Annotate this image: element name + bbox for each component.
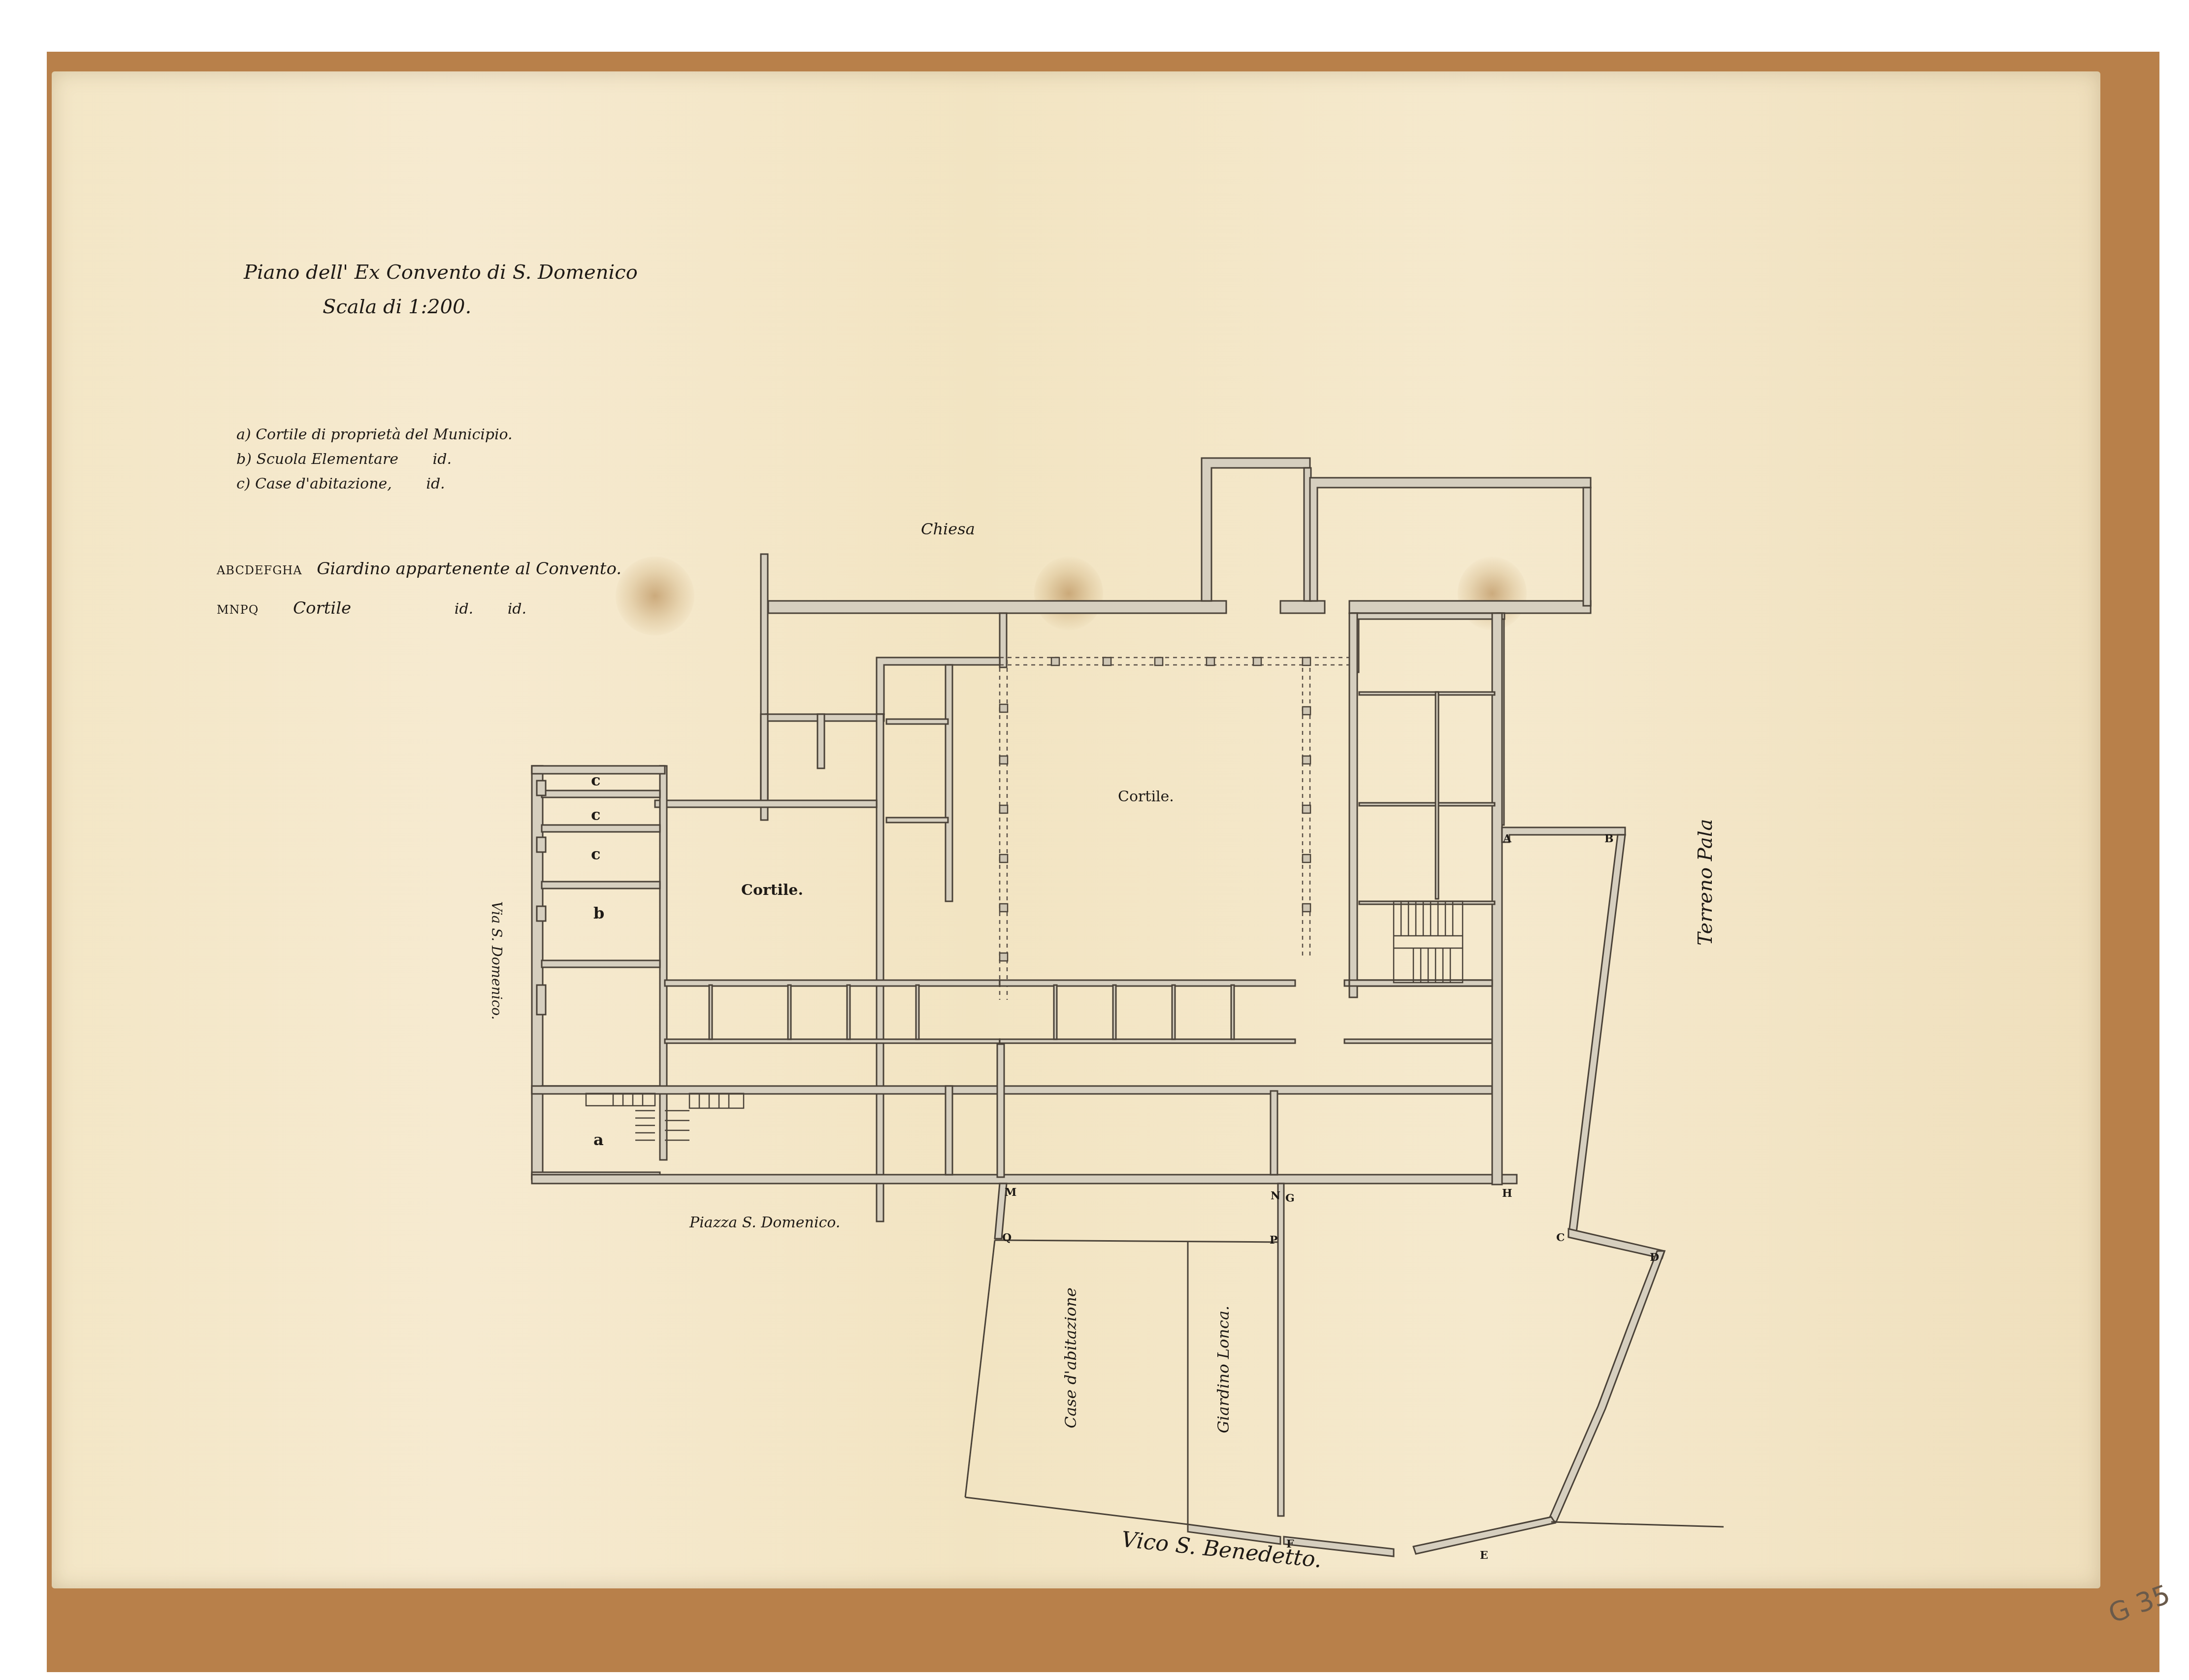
legend-garden: ABCDEFGHA Giardino appartenente al Conve… — [217, 559, 621, 579]
point-E: E — [1480, 1549, 1488, 1562]
legend-item-a: a) Cortile di proprietà del Municipio. — [236, 426, 513, 443]
label-houses-south: Case d'abitazione — [1061, 1287, 1080, 1428]
room-c-3: c — [591, 845, 600, 863]
room-b: b — [593, 904, 604, 922]
legend-suffix: id. — [426, 475, 445, 493]
point-Q: Q — [1002, 1231, 1012, 1244]
point-D: D — [1650, 1251, 1659, 1264]
plan-title: Piano dell' Ex Convento di S. Domenico — [244, 261, 638, 284]
legend-key: b) — [236, 451, 252, 468]
staircase-east — [1394, 901, 1463, 983]
legend-points-key: ABCDEFGHA — [217, 563, 302, 577]
columns — [1000, 658, 1310, 961]
legend-points-key: MNPQ — [217, 603, 259, 617]
legend-item-c: c) Case d'abitazione, id. — [236, 475, 445, 493]
legend-key: a) — [236, 426, 251, 443]
label-west-courtyard: Cortile. — [741, 882, 803, 899]
label-street-west: Via S. Domenico. — [489, 901, 505, 1020]
room-a: a — [593, 1130, 604, 1149]
label-church: Chiesa — [921, 520, 975, 538]
point-F: F — [1286, 1538, 1294, 1550]
label-square-south: Piazza S. Domenico. — [689, 1214, 840, 1231]
legend-points-text: Cortile — [293, 598, 351, 618]
floor-plan — [0, 0, 2189, 1680]
legend-suffix: id. — [508, 600, 526, 618]
legend-suffix: id. — [455, 600, 473, 618]
point-P: P — [1270, 1234, 1278, 1247]
legend-text: Scuola Elementare — [256, 451, 398, 468]
legend-key: c) — [236, 475, 251, 493]
point-G: G — [1285, 1192, 1295, 1205]
legend-points-text: Giardino appartenente al Convento. — [317, 559, 621, 579]
room-c-1: c — [591, 771, 600, 790]
point-C: C — [1556, 1231, 1565, 1244]
point-M: M — [1005, 1186, 1016, 1199]
legend-courtyard: MNPQ Cortile id. id. — [217, 598, 526, 618]
point-A: A — [1503, 832, 1511, 845]
room-c-2: c — [591, 805, 600, 824]
label-terrain-east: Terreno Pala — [1694, 819, 1717, 946]
plan-scale: Scala di 1:200. — [323, 296, 471, 318]
legend-text: Cortile di proprietà del Municipio. — [256, 426, 513, 443]
point-H: H — [1502, 1187, 1512, 1200]
legend-suffix: id. — [433, 451, 452, 468]
point-B: B — [1604, 832, 1614, 845]
point-N: N — [1271, 1189, 1280, 1202]
label-garden-south: Giardino Lonca. — [1214, 1306, 1233, 1433]
legend-text: Case d'abitazione, — [255, 475, 392, 493]
label-main-courtyard: Cortile. — [1118, 788, 1174, 805]
legend-item-b: b) Scuola Elementare id. — [236, 451, 452, 468]
